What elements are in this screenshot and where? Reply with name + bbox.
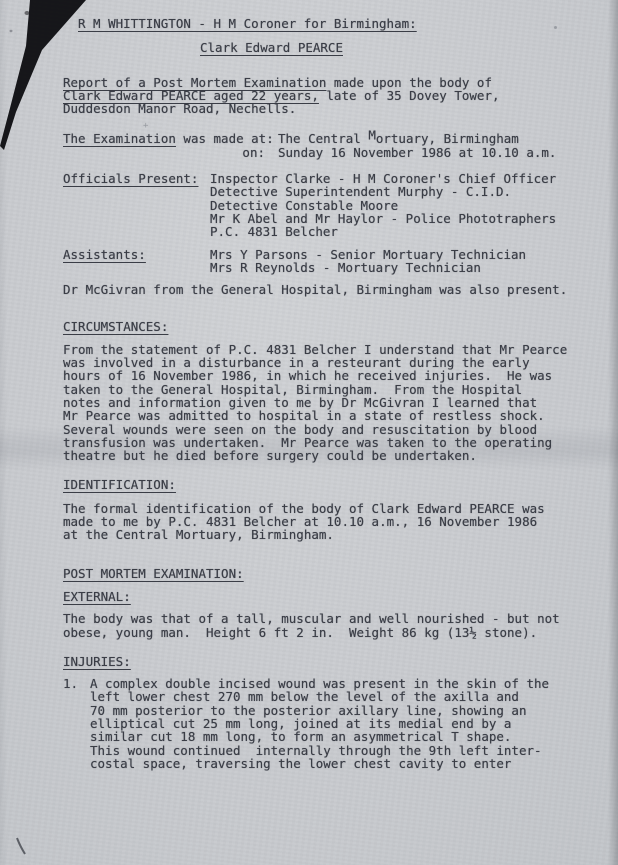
assistants-list: Mrs Y Parsons - Senior Mortuary Technici…	[210, 248, 526, 275]
circumstances-heading: CIRCUMSTANCES:	[63, 320, 584, 333]
intro-line: Clark Edward PEARCE aged 22 years, late …	[63, 89, 584, 102]
scanned-document-page: + R M WHITTINGTON - H M Coroner for Birm…	[0, 0, 618, 865]
officials-label-text: Officials Present:	[63, 171, 198, 186]
post-mortem-heading-text: POST MORTEM EXAMINATION:	[63, 566, 244, 581]
external-paragraph: The body was that of a tall, muscular an…	[63, 612, 584, 639]
paragraph-line: Mr Pearce was admitted to hospital in a …	[63, 409, 584, 422]
examination-date-row: on: Sunday 16 November 1986 at 10.10 a.m…	[63, 146, 584, 159]
document-body: R M WHITTINGTON - H M Coroner for Birmin…	[63, 0, 584, 770]
identification-heading: IDENTIFICATION:	[63, 478, 584, 491]
injury-item-text: A complex double incised wound was prese…	[90, 677, 549, 770]
examination-details: The Examination was made at: The Central…	[63, 132, 584, 159]
post-mortem-heading: POST MORTEM EXAMINATION:	[63, 567, 584, 580]
intro-rest-text: late of 35 Dovey Tower,	[319, 88, 500, 103]
paragraph-line: This wound continued internally through …	[90, 744, 549, 757]
officials-present-block: Officials Present: Inspector Clarke - H …	[63, 172, 584, 238]
paragraph-line: elliptical cut 25 mm long, joined at its…	[90, 717, 549, 730]
paragraph-line: notes and information given to me by Dr …	[63, 396, 584, 409]
assistant-entry: Mrs Y Parsons - Senior Mortuary Technici…	[210, 248, 526, 261]
officials-label: Officials Present:	[63, 172, 210, 185]
paragraph-line: costal space, traversing the lower chest…	[90, 757, 549, 770]
external-heading-text: EXTERNAL:	[63, 589, 131, 604]
paragraph-line: The formal identification of the body of…	[63, 502, 584, 515]
paragraph-line: The body was that of a tall, muscular an…	[63, 612, 584, 625]
assistants-label-text: Assistants:	[63, 247, 146, 262]
paragraph-line: was involved in a disturbance in a reste…	[63, 356, 584, 369]
paragraph-line: From the statement of P.C. 4831 Belcher …	[63, 343, 584, 356]
intro-line: Report of a Post Mortem Examination made…	[63, 76, 584, 89]
scan-bottom-mark-icon	[10, 830, 40, 860]
paragraph-line: theatre but he died before surgery could…	[63, 449, 584, 462]
assistants-block: Assistants: Mrs Y Parsons - Senior Mortu…	[63, 248, 584, 275]
external-heading: EXTERNAL:	[63, 590, 584, 603]
examination-location-value: The Central Mortuary, Birmingham	[278, 132, 519, 145]
circumstances-paragraph: From the statement of P.C. 4831 Belcher …	[63, 343, 584, 463]
paragraph-line: at the Central Mortuary, Birmingham.	[63, 528, 584, 541]
paragraph-line: left lower chest 270 mm below the level …	[90, 690, 549, 703]
paragraph-line: transfusion was undertaken. Mr Pearce wa…	[63, 436, 584, 449]
paragraph-line: Several wounds were seen on the body and…	[63, 423, 584, 436]
also-present-line: Dr McGivran from the General Hospital, B…	[63, 283, 584, 296]
circumstances-heading-text: CIRCUMSTANCES:	[63, 319, 168, 334]
deceased-name: Clark Edward PEARCE	[200, 40, 343, 55]
coroner-name: R M WHITTINGTON - H M Coroner for Birmin…	[78, 16, 417, 31]
identification-paragraph: The formal identification of the body of…	[63, 502, 584, 542]
official-entry: P.C. 4831 Belcher	[210, 225, 556, 238]
officials-list: Inspector Clarke - H M Coroner's Chief O…	[210, 172, 556, 238]
scan-corner-mark-icon	[0, 0, 100, 160]
paragraph-line: 70 mm posterior to the posterior axillar…	[90, 704, 549, 717]
paragraph-line: made to me by P.C. 4831 Belcher at 10.10…	[63, 515, 584, 528]
official-entry: Mr K Abel and Mr Haylor - Police Phototr…	[210, 212, 556, 225]
examination-date-value: Sunday 16 November 1986 at 10.10 a.m.	[278, 146, 556, 159]
injuries-heading: INJURIES:	[63, 655, 584, 668]
assistant-entry: Mrs R Reynolds - Mortuary Technician	[210, 261, 526, 274]
intro-line: Duddesdon Manor Road, Nechells.	[63, 102, 584, 115]
examination-location-row: The Examination was made at: The Central…	[63, 132, 584, 145]
deceased-title: Clark Edward PEARCE	[200, 41, 584, 54]
paragraph-line: similar cut 18 mm long, to form an asymm…	[90, 730, 549, 743]
paragraph-line: hours of 16 November 1986, in which he r…	[63, 369, 584, 382]
paragraph-line: A complex double incised wound was prese…	[90, 677, 549, 690]
paragraph-line: taken to the General Hospital, Birmingha…	[63, 383, 584, 396]
injury-item-number: 1.	[63, 677, 90, 690]
location-raised-letter: M	[368, 129, 376, 142]
coroner-header-line: R M WHITTINGTON - H M Coroner for Birmin…	[78, 17, 584, 30]
injury-item-1: 1. A complex double incised wound was pr…	[63, 677, 584, 770]
official-entry: Detective Superintendent Murphy - C.I.D.	[210, 185, 556, 198]
identification-heading-text: IDENTIFICATION:	[63, 477, 176, 492]
official-entry: Inspector Clarke - H M Coroner's Chief O…	[210, 172, 556, 185]
assistants-label: Assistants:	[63, 248, 210, 261]
official-entry: Detective Constable Moore	[210, 199, 556, 212]
paragraph-line: obese, young man. Height 6 ft 2 in. Weig…	[63, 626, 584, 639]
report-intro-paragraph: Report of a Post Mortem Examination made…	[63, 76, 584, 116]
injuries-heading-text: INJURIES:	[63, 654, 131, 669]
